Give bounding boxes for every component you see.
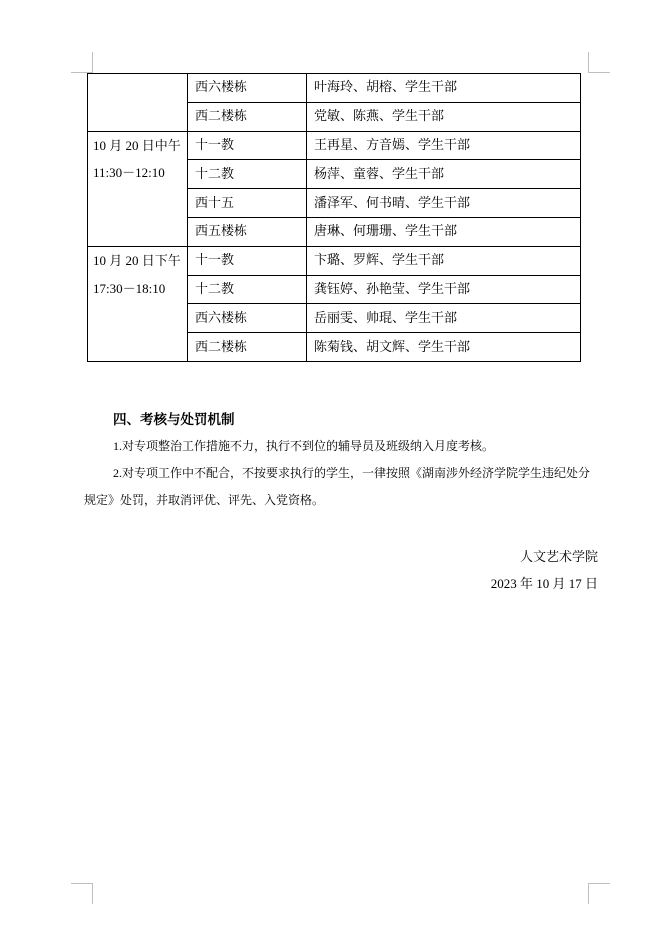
time-line: 10 月 20 日中午 [93, 132, 185, 160]
location-cell: 十二教 [188, 160, 307, 189]
location-cell: 十一教 [188, 131, 307, 160]
margin-mark-bottom-right [588, 883, 610, 904]
staff-cell: 杨萍、童蓉、学生干部 [307, 160, 581, 189]
staff-cell: 龚钰婷、孙艳莹、学生干部 [307, 275, 581, 304]
margin-mark-bottom-left [71, 883, 93, 904]
staff-cell: 陈菊钱、胡文辉、学生干部 [307, 333, 581, 362]
signature-department: 人文艺术学院 [84, 543, 598, 570]
section-paragraph-1: 1.对专项整治工作措施不力，执行不到位的辅导员及班级纳入月度考核。 [84, 433, 590, 460]
staff-cell: 岳丽雯、帅琨、学生干部 [307, 304, 581, 333]
time-line: 17:30－18:10 [93, 275, 185, 303]
signature-date: 2023 年 10 月 17 日 [84, 570, 598, 597]
location-cell: 西十五 [188, 189, 307, 218]
location-cell: 十一教 [188, 246, 307, 275]
assessment-section: 四、考核与处罚机制 1.对专项整治工作措施不力，执行不到位的辅导员及班级纳入月度… [84, 406, 590, 514]
location-cell: 西二楼栋 [188, 102, 307, 131]
staff-cell: 叶海玲、胡榕、学生干部 [307, 74, 581, 103]
time-cell-evening: 10 月 20 日下午 17:30－18:10 [88, 246, 188, 361]
inspection-schedule-table: 西六楼栋 叶海玲、胡榕、学生干部 西二楼栋 党敏、陈燕、学生干部 10 月 20… [87, 73, 581, 362]
signoff-block: 人文艺术学院 2023 年 10 月 17 日 [84, 543, 598, 597]
time-line: 10 月 20 日下午 [93, 247, 185, 275]
location-cell: 西六楼栋 [188, 74, 307, 103]
location-cell: 西五楼栋 [188, 217, 307, 246]
location-cell: 西六楼栋 [188, 304, 307, 333]
time-cell-continued [88, 74, 188, 132]
table-row: 西六楼栋 叶海玲、胡榕、学生干部 [88, 74, 581, 103]
table-row: 10 月 20 日中午 11:30－12:10 十一教 王再星、方音嫣、学生干部 [88, 131, 581, 160]
staff-cell: 王再星、方音嫣、学生干部 [307, 131, 581, 160]
section-paragraph-2: 2.对专项工作中不配合，不按要求执行的学生，一律按照《湖南涉外经济学院学生违纪处… [84, 460, 590, 514]
document-page: 西六楼栋 叶海玲、胡榕、学生干部 西二楼栋 党敏、陈燕、学生干部 10 月 20… [0, 0, 669, 948]
margin-mark-top-left [71, 52, 93, 73]
staff-cell: 卞璐、罗辉、学生干部 [307, 246, 581, 275]
margin-mark-top-right [588, 52, 610, 73]
time-line: 11:30－12:10 [93, 159, 185, 187]
section-heading: 四、考核与处罚机制 [84, 406, 590, 433]
staff-cell: 唐琳、何珊珊、学生干部 [307, 217, 581, 246]
location-cell: 十二教 [188, 275, 307, 304]
table-row: 10 月 20 日下午 17:30－18:10 十一教 卞璐、罗辉、学生干部 [88, 246, 581, 275]
staff-cell: 潘泽军、何书晴、学生干部 [307, 189, 581, 218]
location-cell: 西二楼栋 [188, 333, 307, 362]
staff-cell: 党敏、陈燕、学生干部 [307, 102, 581, 131]
time-cell-noon: 10 月 20 日中午 11:30－12:10 [88, 131, 188, 246]
